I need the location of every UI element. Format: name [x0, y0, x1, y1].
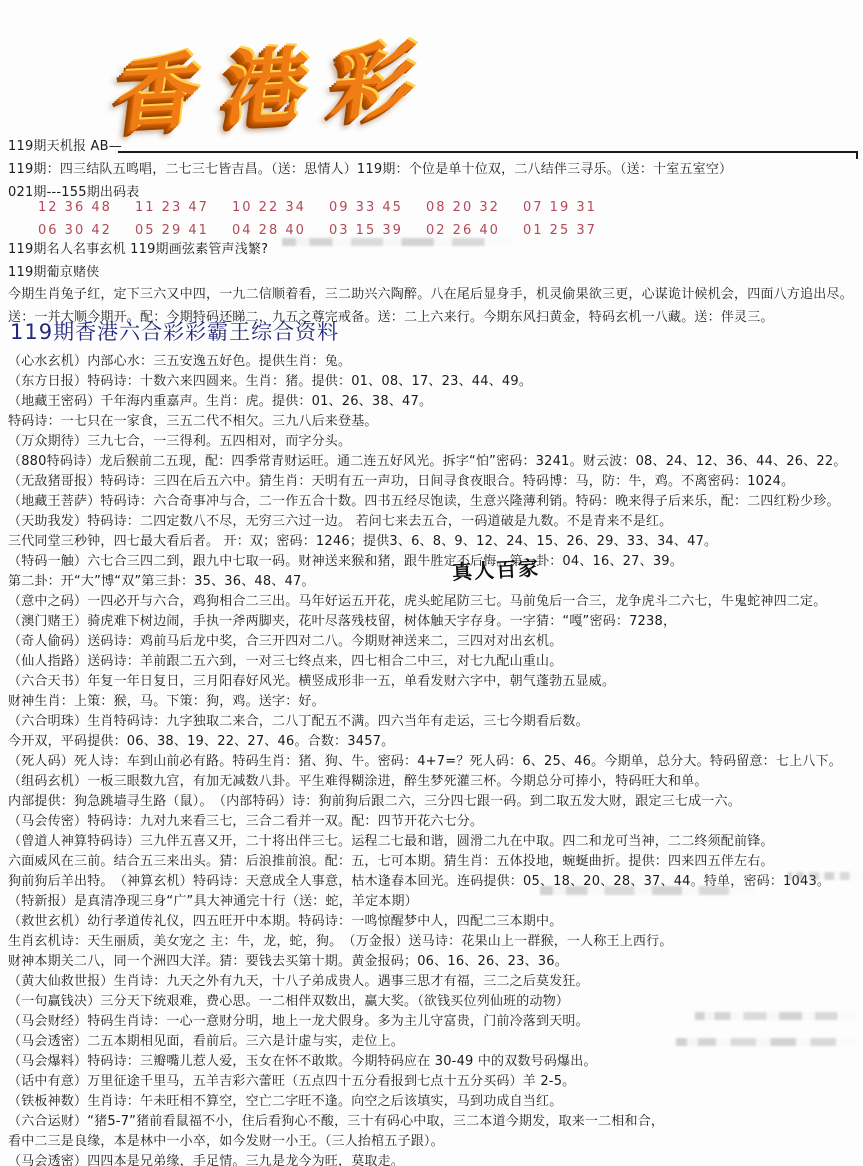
code-group: 05 29 41 [135, 223, 201, 238]
masthead-line: 119期天机报 AB— [8, 135, 122, 154]
code-group: 03 15 39 [329, 223, 395, 238]
faded-text-artifact [540, 886, 755, 895]
doc-line: 第二卦：开“大”博“双”第三卦：35、36、48、47。 [8, 572, 860, 592]
doc-line: （特新报）是真清净现三身“广”具大神通完十行（送：蛇，羊定本期） [8, 892, 860, 912]
code-group: 08 20 32 [426, 200, 492, 215]
code-group: 04 28 40 [232, 223, 298, 238]
doc-line: 今开双，平码提供：06、38、19、22、27、46。合数：3457。 [8, 732, 860, 752]
doc-line: （铁板神数）生肖诗：午未旺相不算空，空亡二字旺不逢。向空之后该填实，马到功成自当… [8, 1092, 860, 1112]
doc-line: （万众期待）三九七合，一三得利。五四相对，而字分头。 [8, 432, 860, 452]
doc-line: （880特码诗）龙后猴前二五现，配：四季常青财运旺。通二连五好风光。拆字“怕”密… [8, 452, 860, 472]
doc-line: 看中二三是良缘，本是林中一小卒，如今发财一小王。（三人抬棺五子跟）。 [8, 1132, 860, 1152]
code-table-row-2: 06 30 42 05 29 41 04 28 40 03 15 39 02 2… [38, 223, 620, 238]
code-group: 10 22 34 [232, 200, 298, 215]
doc-line: 六面威风在三前。结合五三来出头。猜：后浪推前浪。配：五，七可本期。猜生肖：五体投… [8, 852, 860, 872]
doc-line: （东方日报）特码诗：十数六来四圆来。生肖：猪。提供：01、08、17、23、44… [8, 372, 860, 392]
doc-line: 财神生肖：上策：猴，马。下策：狗，鸡。送字：好。 [8, 692, 860, 712]
section-title: 119期香港六合彩彩霸王综合资料 [10, 316, 339, 346]
doc-line: （天助我发）特码诗：二四定数八不尽，无穷三六过一边。 若问七来去五合，一码道破是… [8, 512, 860, 532]
doc-line: （一句赢钱决）三分天下统艰难，费心思。一二相伴双数出，赢大奖。（欲钱买位列仙班的… [8, 992, 860, 1012]
code-table-row-1: 12 36 48 11 23 47 10 22 34 09 33 45 08 2… [38, 200, 620, 215]
code-group: 09 33 45 [329, 200, 395, 215]
doc-line: （地藏王密码）千年海内重嘉声。生肖：虎。提供：01、26、38、47。 [8, 392, 860, 412]
doc-line: （仙人指路）送码诗：羊前跟二五六到，一对三七终点来，四七相合二中三，对七九配山重… [8, 652, 860, 672]
code-group: 06 30 42 [38, 223, 104, 238]
doc-line: （马会传密）特码诗：九对九来看三七，三合二看并一双。配：四节开花六七分。 [8, 812, 860, 832]
doc-line: （意中之码）一四必开与六合，鸡狗相合二三出。马年好运五开花，虎头蛇尾防三七。马前… [8, 592, 860, 612]
doc-line: 特码诗：一七只在一家食，三五二代不相欠。三九八后来登基。 [8, 412, 860, 432]
doc-line: （奇人偷码）送码诗：鸡前马后龙中奖，合三开四对二八。今期财神送来二，三四对对出玄… [8, 632, 860, 652]
issue-verse-line: 119期：四三结队五鸣唱，二七三七皆吉昌。（送：思情人）119期：个位是单十位双… [8, 158, 732, 177]
doc-line: （六合天书）年复一年日复日，三月阳春好风光。横竖成形非一五，单看发财六字中，朝气… [8, 672, 860, 692]
rule-end-tick [856, 151, 858, 159]
code-table-title: 021期---155期出码表 [8, 181, 140, 200]
faded-text-artifact [282, 238, 512, 246]
pujing-verse-line-1: 今期生肖兔子红，定下三六又中四，一九二信顺着看，三二助兴六陶醉。八在尾后显身手，… [8, 283, 853, 302]
code-group: 07 19 31 [523, 200, 589, 215]
code-group: 01 25 37 [523, 223, 589, 238]
doc-line: （心水玄机）内部心水：三五安逸五好色。提供生肖：兔。 [8, 352, 860, 372]
doc-line: （组码玄机）一板三眼数九宫，有加无减数八卦。平生难得糊涂进，醉生梦死灌三杯。今期… [8, 772, 860, 792]
code-group: 12 36 48 [38, 200, 104, 215]
faded-text-artifact [695, 1012, 857, 1020]
doc-line: （六合运财）“猪5-7”猪前看鼠福不小，住后看狗心不酸，三十有码心中取，三二本道… [8, 1112, 860, 1132]
faded-text-artifact [676, 1038, 858, 1046]
watermark-text: 真人百家 [451, 552, 540, 586]
celebrity-mystery-text: 119期名人名事玄机 119期画弦素管声浅繁? [8, 242, 268, 257]
tip-sheet-page: 香港彩 119期天机报 AB— 119期：四三结队五鸣唱，二七三七皆吉昌。（送：… [0, 0, 863, 1166]
code-group: 02 26 40 [426, 223, 492, 238]
doc-line: 财神本期关二八，同一个洲四大洋。猜：要钱去买第十期。黄金报码；06、16、26、… [8, 952, 860, 972]
doc-line: （马会透密）四四本是兄弟缘，手足情。三九是龙今为旺，莫取走。 [8, 1152, 860, 1166]
faded-text-artifact [788, 872, 858, 880]
doc-line: 三代同堂三秒钟，四七最大看后者。 开：双；密码：1246；提供3、6、8、9、1… [8, 532, 860, 552]
doc-line: （黄大仙救世报）生肖诗：九天之外有九天，十八子弟成贵人。遇事三思才有福，三二之后… [8, 972, 860, 992]
doc-line: 内部提供：狗急跳墙寻生路（鼠）。 （内部特码）诗：狗前狗后跟二六，三分四七跟一码… [8, 792, 860, 812]
horizontal-rule [118, 151, 858, 153]
doc-line: （地藏王菩萨）特码诗：六合奇事冲与合，二一作五合十数。四书五经尽饱读，生意兴隆薄… [8, 492, 860, 512]
doc-line: 生肖玄机诗：天生丽质，美女宠之 主：牛，龙，蛇，狗。 （万金报）送马诗：花果山上… [8, 932, 860, 952]
doc-line: （死人码）死人诗：车到山前必有路。特码生肖：猪、狗、牛。密码：4+7=？死人码：… [8, 752, 860, 772]
celebrity-mystery-line: 119期名人名事玄机 119期画弦素管声浅繁? [8, 238, 268, 257]
doc-line: （无敌猪哥报）特码诗：三四在后五六中。猜生肖：天明有五一声功，日间寻食夜眼合。特… [8, 472, 860, 492]
doc-line: （马会爆料）特码诗：三瓣嘴儿惹人爱，玉女在怀不敢欺。今期特码应在 30-49 中… [8, 1052, 860, 1072]
doc-line: （曾道人神算特码诗）三九伴五喜又开，二十将出伴三七。运程二七最和谐，圆滑二九在中… [8, 832, 860, 852]
pujing-gambler-title: 119期葡京赌侠 [8, 261, 99, 280]
doc-line: （话中有意）万里征途千里马，五羊吉彩六蕾旺（五点四十五分看报到七点十五分买码）羊… [8, 1072, 860, 1092]
code-group: 11 23 47 [135, 200, 201, 215]
doc-line: （澳门赌王）骑虎难下树边闹，手执一斧两脚夹，花叶尽落残枝留，树体触天字存身。一字… [8, 612, 860, 632]
doc-line: （六合明珠）生肖特码诗：九字独取二来合，二八丁配五不满。四六当年有走运，三七今期… [8, 712, 860, 732]
doc-line: （救世玄机）幼行孝道传礼仪，四五旺开中本期。特码诗：一鸣惊醒梦中人，四配二三本期… [8, 912, 860, 932]
hongkong-lottery-logo: 香港彩 [111, 13, 449, 148]
doc-line: （特码一触）六七合三四二到，跟九中七取一码。财神送来猴和猪，跟牛胜定不后悔。第一… [8, 552, 860, 572]
